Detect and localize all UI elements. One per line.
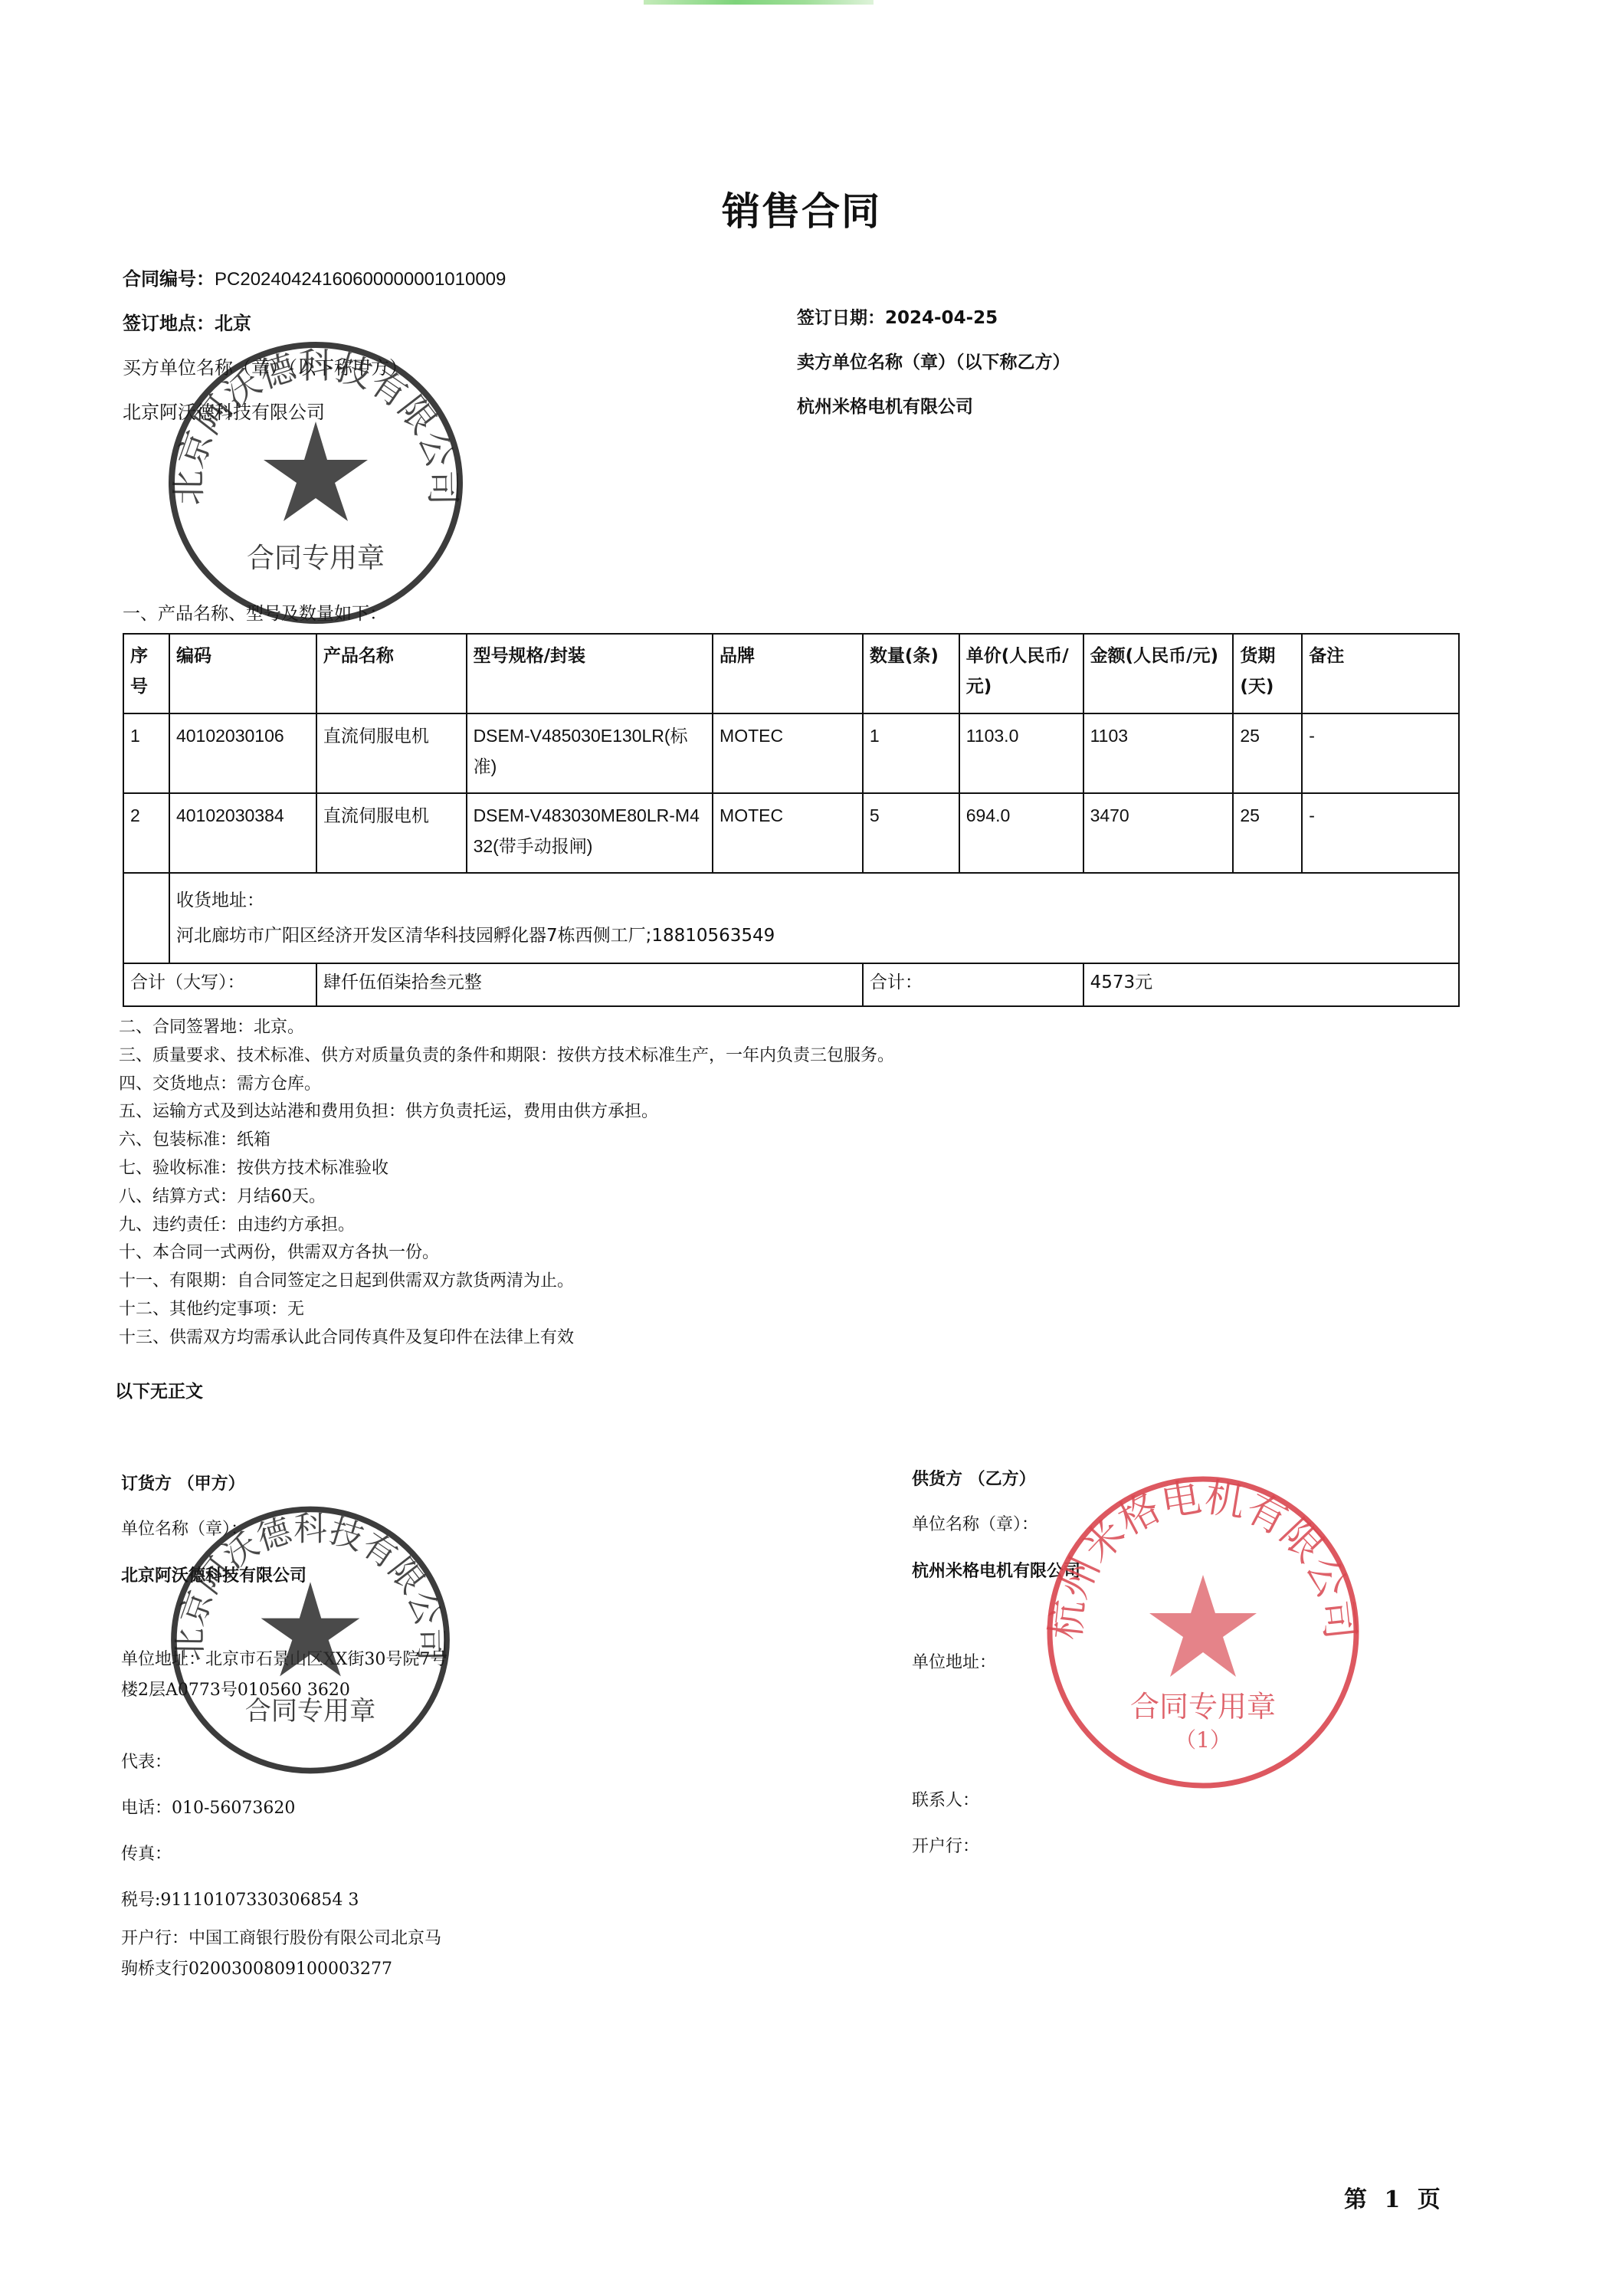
buyer-seal-graphic: 北京阿沃德科技有限公司 合同专用章	[165, 1502, 456, 1778]
cell-amount: 3470	[1083, 793, 1234, 873]
col-header: 品牌	[713, 634, 863, 713]
cell-code: 40102030106	[169, 713, 316, 793]
party-b-bank-label: 开户行：	[912, 1824, 1080, 1870]
term-item: 十、本合同一式两份，供需双方各执一份。	[119, 1239, 894, 1268]
scan-edge-artifact	[644, 0, 874, 5]
cell-lead-days: 25	[1233, 793, 1302, 873]
party-a-tax-number: 税号:91110107330306854 3	[121, 1878, 451, 1924]
term-item: 六、包装标准：纸箱	[119, 1127, 894, 1155]
sign-date: 签订日期：2024-04-25	[797, 303, 998, 329]
term-item: 二、合同签署地：北京。	[119, 1014, 894, 1042]
col-header: 序号	[123, 634, 169, 713]
col-header: 单价(人民币/元)	[959, 634, 1083, 713]
cell-name: 直流伺服电机	[316, 713, 467, 793]
total-value: 4573元	[1083, 963, 1459, 1006]
total-caps-value: 肆仟伍佰柒拾叁元整	[316, 963, 863, 1006]
party-a-phone: 电话：010-56073620	[121, 1786, 451, 1832]
cell-no: 1	[123, 713, 169, 793]
term-item: 七、验收标准：按供方技术标准验收	[119, 1155, 894, 1183]
col-header: 产品名称	[316, 634, 467, 713]
document-title: 销售合同	[0, 181, 1603, 236]
seller-company-seal: 杭州米格电机有限公司 合同专用章 （1）	[1042, 1471, 1364, 1793]
page-number: 第 1 页	[1344, 2180, 1445, 2214]
delivery-address-cell: 收货地址： 河北廊坊市广阳区经济开发区清华科技园孵化器7栋西侧工厂;188105…	[169, 873, 1459, 963]
cell-remark: -	[1302, 793, 1459, 873]
delivery-address-label: 收货地址：	[176, 883, 1452, 918]
table-row: 1 40102030106 直流伺服电机 DSEM-V485030E130LR(…	[123, 713, 1459, 793]
term-item: 十一、有限期：自合同签定之日起到供需双方款货两清为止。	[119, 1268, 894, 1296]
cell-model: DSEM-V483030ME80LR-M432(带手动报闸)	[467, 793, 713, 873]
sign-date-label: 签订日期：	[797, 308, 885, 328]
total-caps-label: 合计（大写）：	[123, 963, 316, 1006]
contract-number-label: 合同编号：	[123, 267, 215, 290]
contract-terms: 二、合同签署地：北京。 三、质量要求、技术标准、供方对质量负责的条件和期限：按供…	[119, 1014, 894, 1353]
cell-amount: 1103	[1083, 713, 1234, 793]
term-item: 九、违约责任：由违约方承担。	[119, 1212, 894, 1240]
party-a-heading: 订货方 （甲方）	[121, 1461, 451, 1507]
seller-seal-graphic: 杭州米格电机有限公司 合同专用章 （1）	[1042, 1471, 1364, 1793]
col-header: 数量(条)	[863, 634, 959, 713]
table-row: 2 40102030384 直流伺服电机 DSEM-V483030ME80LR-…	[123, 793, 1459, 873]
cell-brand: MOTEC	[713, 793, 863, 873]
delivery-address-row: 收货地址： 河北廊坊市广阳区经济开发区清华科技园孵化器7栋西侧工厂;188105…	[123, 873, 1459, 963]
cell-lead-days: 25	[1233, 713, 1302, 793]
sign-place: 签订地点：北京	[123, 308, 251, 335]
total-label: 合计：	[863, 963, 1083, 1006]
cell-qty: 5	[863, 793, 959, 873]
term-item: 十二、其他约定事项：无	[119, 1296, 894, 1324]
seller-label: 卖方单位名称（章）（以下称乙方）	[797, 348, 1070, 373]
cell-name: 直流伺服电机	[316, 793, 467, 873]
svg-text:合同专用章: 合同专用章	[245, 1696, 375, 1727]
buyer-seal-graphic: 北京阿沃德科技有限公司 合同专用章	[162, 337, 469, 628]
contract-number-value: PC20240424160600000001010009	[215, 269, 506, 290]
sign-place-value: 北京	[215, 312, 251, 334]
cell-unit-price: 1103.0	[959, 713, 1083, 793]
svg-text:合同专用章: 合同专用章	[247, 543, 385, 574]
contract-number: 合同编号：PC20240424160600000001010009	[123, 264, 506, 290]
term-item: 五、运输方式及到达站港和费用负担：供方负责托运，费用由供方承担。	[119, 1098, 894, 1127]
col-header: 型号规格/封装	[467, 634, 713, 713]
svg-text:（1）: （1）	[1175, 1727, 1231, 1753]
cell-remark: -	[1302, 713, 1459, 793]
term-item: 四、交货地点：需方仓库。	[119, 1071, 894, 1099]
col-header: 货期(天)	[1233, 634, 1302, 713]
cell-brand: MOTEC	[713, 713, 863, 793]
cell-unit-price: 694.0	[959, 793, 1083, 873]
col-header: 备注	[1302, 634, 1459, 713]
buyer-company-seal: 北京阿沃德科技有限公司 合同专用章	[162, 337, 469, 628]
term-item: 十三、供需双方均需承认此合同传真件及复印件在法律上有效	[119, 1324, 894, 1353]
svg-text:合同专用章: 合同专用章	[1130, 1690, 1276, 1724]
term-item: 三、质量要求、技术标准、供方对质量负责的条件和期限：按供方技术标准生产，一年内负…	[119, 1042, 894, 1071]
party-a-fax: 传真：	[121, 1832, 451, 1878]
term-item: 八、结算方式：月结60天。	[119, 1183, 894, 1212]
cell-model: DSEM-V485030E130LR(标准)	[467, 713, 713, 793]
table-header-row: 序号 编码 产品名称 型号规格/封装 品牌 数量(条) 单价(人民币/元) 金额…	[123, 634, 1459, 713]
cell-code: 40102030384	[169, 793, 316, 873]
col-header: 编码	[169, 634, 316, 713]
party-a-bank: 开户行：中国工商银行股份有限公司北京马驹桥支行02003008091000032…	[121, 1924, 451, 1985]
buyer-company-seal-signature: 北京阿沃德科技有限公司 合同专用章	[165, 1502, 456, 1778]
total-row: 合计（大写）： 肆仟伍佰柒拾叁元整 合计： 4573元	[123, 963, 1459, 1006]
delivery-address-value: 河北廊坊市广阳区经济开发区清华科技园孵化器7栋西侧工厂;18810563549	[176, 918, 1452, 953]
product-table: 序号 编码 产品名称 型号规格/封装 品牌 数量(条) 单价(人民币/元) 金额…	[123, 633, 1460, 1007]
cell-no: 2	[123, 793, 169, 873]
col-header: 金额(人民币/元)	[1083, 634, 1234, 713]
sign-date-value: 2024-04-25	[885, 308, 998, 328]
sign-place-label: 签订地点：	[123, 312, 215, 334]
seller-name: 杭州米格电机有限公司	[797, 392, 973, 418]
end-of-text-note: 以下无正文	[115, 1377, 203, 1402]
cell-qty: 1	[863, 713, 959, 793]
